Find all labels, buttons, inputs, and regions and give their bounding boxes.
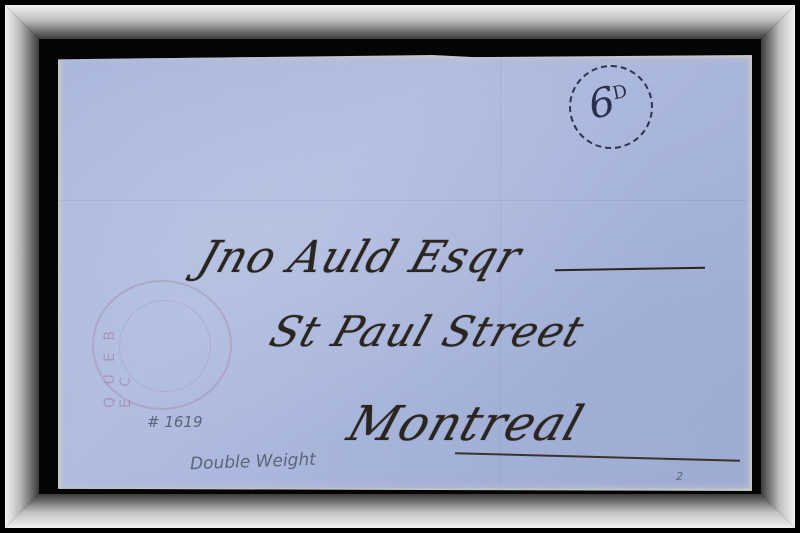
frame-bevel-bottom: [5, 494, 795, 528]
address-street: St Paul Street: [264, 307, 590, 356]
postmark-text: Q U E B E C: [102, 312, 134, 408]
pencil-corner-mark: 2: [676, 470, 683, 483]
quebec-postmark: Q U E B E C: [92, 280, 232, 410]
rate-handstamp-value: 6D: [585, 75, 634, 128]
frame-bevel-left: [5, 5, 39, 528]
pencil-reference-number: # 1619: [147, 413, 203, 431]
frame-bevel-right: [761, 5, 795, 528]
envelope-fold-line: [58, 200, 748, 201]
address-city: Montreal: [341, 396, 591, 452]
frame-bevel-top: [5, 5, 795, 39]
address-recipient: Jno Auld Esqr: [192, 232, 528, 283]
rate-handstamp-circle: 6D: [569, 65, 653, 149]
